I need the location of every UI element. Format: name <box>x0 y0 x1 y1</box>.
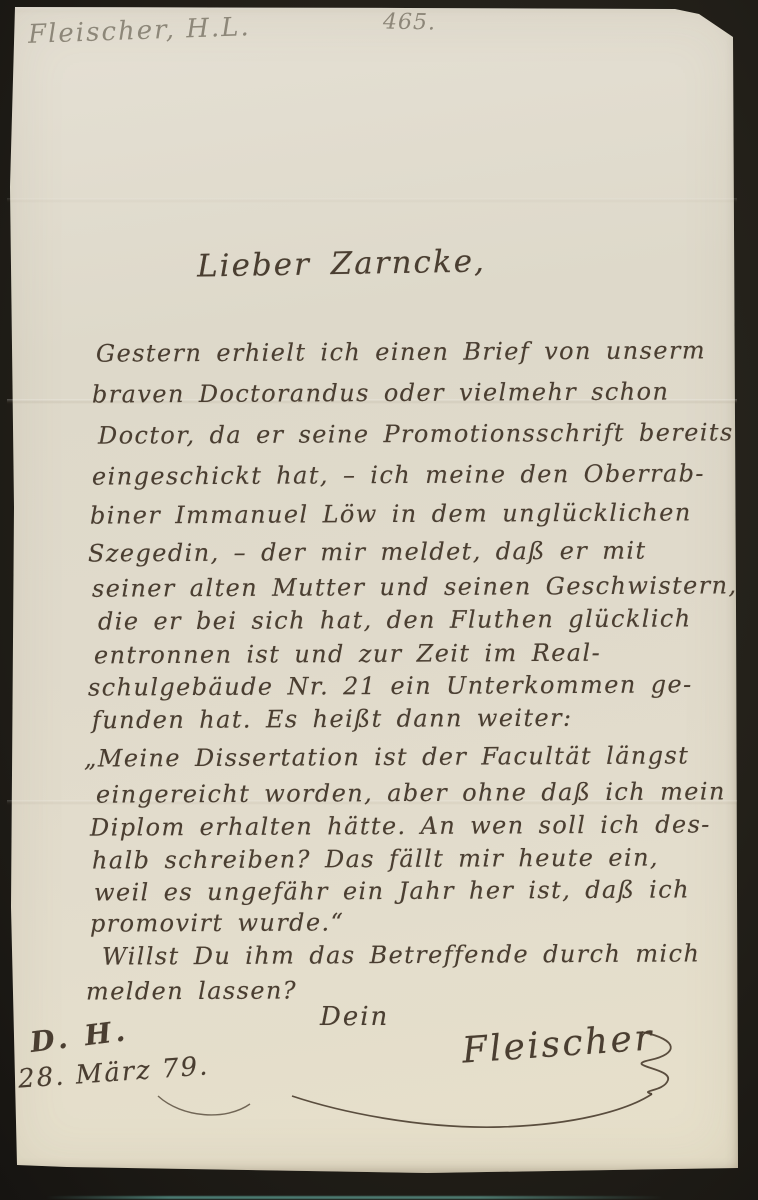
archive-number-annotation: 465. <box>383 10 436 36</box>
manuscript-line: melden lassen? <box>86 976 297 1005</box>
manuscript-line: funden hat. Es heißt dann weiter: <box>92 704 573 735</box>
manuscript-line: Gestern erhielt ich einen Brief von unse… <box>96 336 706 367</box>
manuscript-line: entronnen ist und zur Zeit im Real- <box>94 639 601 670</box>
manuscript-line: Diplom erhalten hätte. An wen soll ich d… <box>90 810 711 841</box>
scan-edge-fringe <box>45 1196 665 1199</box>
manuscript-line: Szegedin, – der mir meldet, daß er mit <box>88 537 647 568</box>
manuscript-line: schulgebäude Nr. 21 ein Unterkommen ge- <box>88 670 693 701</box>
manuscript-line: Willst Du ihm das Betreffende durch mich <box>102 939 700 970</box>
manuscript-line: biner Immanuel Löw in dem unglücklichen <box>90 498 692 529</box>
manuscript-line: halb schreiben? Das fällt mir heute ein, <box>92 844 659 875</box>
manuscript-line: eingereicht worden, aber ohne daß ich me… <box>96 777 726 808</box>
manuscript-line: braven Doctorandus oder vielmehr schon <box>92 377 669 408</box>
manuscript-line: eingeschickt hat, – ich meine den Oberra… <box>92 459 705 490</box>
manuscript-line: „Meine Dissertation ist der Facultät län… <box>84 741 689 772</box>
closing-word: Dein <box>320 1002 389 1032</box>
manuscript-line: die er bei sich hat, den Fluthen glückli… <box>98 604 692 635</box>
manuscript-line: weil es ungefähr ein Jahr her ist, daß i… <box>94 875 690 906</box>
letter-photograph: Fleischer, H.L. 465. Lieber Zarncke, Ges… <box>0 0 758 1200</box>
salutation: Lieber Zarncke, <box>197 243 486 284</box>
manuscript-line: promovirt wurde.“ <box>90 908 344 937</box>
manuscript-line: Doctor, da er seine Promotionsschrift be… <box>98 418 734 449</box>
manuscript-line: seiner alten Mutter und seinen Geschwist… <box>92 571 738 602</box>
